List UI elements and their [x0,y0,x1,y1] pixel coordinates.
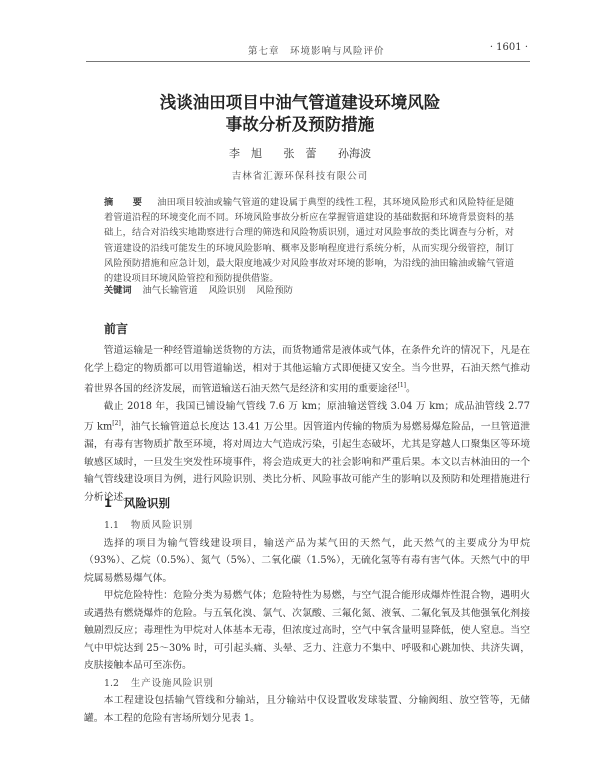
section-heading: 1风险识别 [104,495,170,511]
preface-body: 管道运输是一种经管道输送货物的方法，而货物通常是液体或气体，在条件允许的情况下，… [84,342,530,506]
abstract-text: 油田项目较油或输气管道的建设属于典型的线性工程，其环境风险形式和风险特征是随着管… [104,197,514,284]
article-title-line2: 事故分析及预防措施 [0,115,600,135]
abstract: 摘 要油田项目较油或输气管道的建设属于典型的线性工程，其环境风险形式和风险特征是… [104,195,514,286]
paragraph: 选择的项目为输气管线建设项目，输送产品为某气田的天然气，此天然气的主要成分为甲烷… [84,535,530,588]
running-head: 第七章 环境影响与风险评价 [248,43,385,57]
citation-ref: [1] [398,382,407,389]
subsection-number: 1.1 [104,520,119,531]
subsection-title: 生产设施风险识别 [131,678,214,689]
author: 张 蕾 [284,147,317,160]
section1-body: 1.1物质风险识别 选择的项目为输气管线建设项目，输送产品为某气田的天然气，此天… [84,517,530,727]
section-number: 1 [104,496,112,510]
citation-ref: [2] [112,420,121,427]
affiliation: 吉林省汇源环保科技有限公司 [0,168,600,182]
article-title-line1: 浅谈油田项目中油气管道建设环境风险 [0,93,600,113]
keyword: 风险预防 [256,285,293,296]
subsection-heading: 1.2生产设施风险识别 [84,675,530,693]
paragraph: 本工程建设包括输气管线和分输站，且分输站中仅设置收发球装置、分输阀组、放空管等，… [84,692,530,727]
subsection-heading: 1.1物质风险识别 [84,517,530,535]
author: 李 旭 [229,147,262,160]
keywords-label: 关键词 [104,285,132,296]
paragraph: 管道运输是一种经管道输送货物的方法，而货物通常是液体或气体，在条件允许的情况下，… [84,342,530,398]
paragraph: 甲烷危险特性：危险分类为易燃气体；危险特性为易燃，与空气混合能形成爆炸性混合物，… [84,587,530,675]
subsection-number: 1.2 [104,678,119,689]
preface-heading: 前言 [104,320,128,337]
subsection-title: 物质风险识别 [131,520,193,531]
abstract-label: 摘 要 [104,197,147,208]
keyword: 油气长输管道 [142,285,197,296]
keyword: 风险识别 [209,285,246,296]
paragraph: 截止 2018 年，我国已铺设输气管线 7.6 万 km；原油输送管线 3.04… [84,398,530,506]
author: 孙海波 [338,147,371,160]
author-list: 李 旭 张 蕾 孙海波 [0,145,600,161]
page-header: 第七章 环境影响与风险评价 · 1601 · [86,41,530,62]
page-number: · 1601 · [490,42,528,53]
section-title: 风险识别 [124,496,170,510]
keywords: 关键词 油气长输管道 风险识别 风险预防 [104,282,514,296]
